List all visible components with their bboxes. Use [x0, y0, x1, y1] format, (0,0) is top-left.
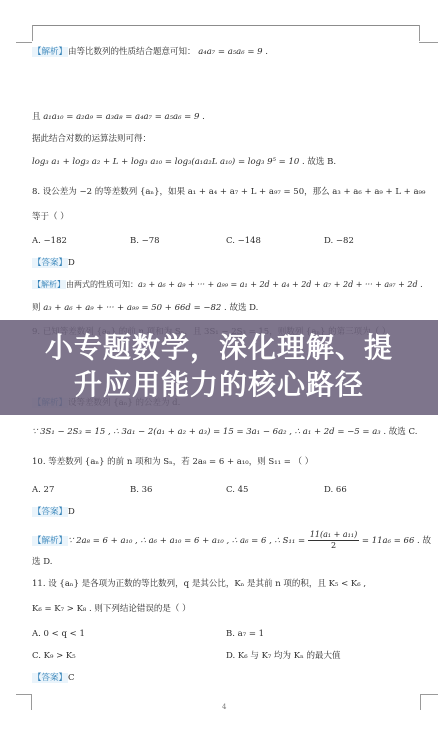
corner-mark-top-left-vertical — [32, 25, 33, 41]
answer-value: D — [68, 507, 75, 517]
q7-analysis-line-3: 据此结合对数的运算法则可得： — [32, 133, 151, 145]
answer-value: D — [68, 258, 75, 268]
math-expression: a₁a₁₀ = a₂a₉ = a₃a₈ = a₄a₇ = a₅a₆ = 9 . — [43, 112, 205, 122]
q8-analysis-line-2: 则 a₃ + a₆ + a₉ + ··· + a₉₉ = 50 + 66d = … — [32, 302, 258, 314]
q7-analysis-line-1: 【解析】由等比数列的性质结合题意可知： a₄a₇ = a₅a₆ = 9 . — [32, 46, 268, 58]
line-text: 故选 C. — [389, 427, 418, 437]
corner-mark-bottom-left-vertical — [31, 694, 32, 710]
q11-option-a: A. 0 < q < 1 — [32, 628, 85, 640]
line-text: 由两式的性质可知： — [66, 280, 138, 289]
q10-option-b: B. 36 — [130, 484, 152, 496]
corner-mark-bottom-right-vertical — [420, 694, 421, 710]
q11-answer: 【答案】C — [32, 672, 75, 684]
math-expression: log₃ a₁ + log₃ a₂ + L + log₃ a₁₀ = log₃(… — [32, 157, 305, 167]
line-text: 据此结合对数的运算法则可得： — [32, 134, 151, 144]
line-text: 故选 D. — [229, 303, 258, 313]
answer-tag: 【答案】 — [32, 507, 68, 517]
q8-analysis-line-1: 【解析】由两式的性质可知：a₃ + a₆ + a₉ + ··· + a₉₉ = … — [32, 279, 423, 291]
q11-stem-line-2: K₆ = K₇ > K₈ . 则下列结论错误的是（ ） — [32, 603, 191, 615]
question-text: K₆ = K₇ > K₈ . 则下列结论错误的是（ ） — [32, 604, 191, 614]
answer-value: C — [68, 673, 75, 683]
corner-mark-top-left — [16, 42, 32, 43]
q10-stem: 10. 等差数列 {aₙ} 的前 n 项和为 Sₙ，若 2a₈ = 6 + a₁… — [32, 456, 313, 468]
line-text: 故 — [422, 536, 431, 546]
q8-stem-line-2: 等于（ ） — [32, 211, 69, 223]
math-expression: a₄a₇ = a₅a₆ = 9 . — [198, 47, 268, 57]
q9-analysis-line-2: ∵ 3S₁ − 2S₃ = 15 , ∴ 3a₁ − 2(a₁ + a₂ + a… — [32, 426, 417, 438]
math-expression: ∵ 3S₁ − 2S₃ = 15 , ∴ 3a₁ − 2(a₁ + a₂ + a… — [32, 427, 386, 437]
q10-analysis-line-2: 选 D. — [32, 556, 52, 568]
analysis-tag: 【解析】 — [32, 280, 66, 289]
q11-option-c: C. K₉ > K₅ — [32, 650, 76, 662]
line-text: 且 — [32, 112, 41, 122]
q10-answer: 【答案】D — [32, 506, 75, 518]
answer-tag: 【答案】 — [32, 673, 68, 683]
q8-option-d: D. −82 — [324, 235, 354, 247]
page-number: 4 — [222, 703, 226, 711]
q10-option-a: A. 27 — [32, 484, 54, 496]
math-expression: ∵ 2a₈ = 6 + a₁₀ , ∴ a₆ + a₁₀ = 6 + a₁₀ ,… — [68, 536, 305, 546]
corner-mark-bottom-right — [420, 694, 438, 695]
corner-mark-bottom-left — [16, 694, 32, 695]
q10-option-d: D. 66 — [324, 484, 347, 496]
banner-title-line-1: 小专题数学，深化理解、提 — [0, 330, 438, 366]
line-text: 选 D. — [32, 557, 52, 567]
q11-stem-line-1: 11. 设 {aₙ} 是各项为正数的等比数列，q 是其公比，Kₙ 是其前 n 项… — [32, 578, 366, 590]
question-text: 等于（ ） — [32, 212, 69, 222]
q7-analysis-line-4: log₃ a₁ + log₃ a₂ + L + log₃ a₁₀ = log₃(… — [32, 156, 336, 168]
fraction-numerator: 11(a₁ + a₁₁) — [308, 530, 359, 541]
analysis-tag: 【解析】 — [32, 47, 68, 57]
q10-analysis-line-1: 【解析】∵ 2a₈ = 6 + a₁₀ , ∴ a₆ + a₁₀ = 6 + a… — [32, 530, 431, 551]
fraction-denominator: 2 — [308, 541, 359, 551]
question-text: 11. 设 {aₙ} 是各项为正数的等比数列，q 是其公比，Kₙ 是其前 n 项… — [32, 579, 366, 589]
q7-analysis-line-2: 且 a₁a₁₀ = a₂a₉ = a₃a₈ = a₄a₇ = a₅a₆ = 9 … — [32, 111, 205, 123]
q8-option-b: B. −78 — [130, 235, 160, 247]
q10-option-c: C. 45 — [226, 484, 248, 496]
corner-mark-top-right — [419, 42, 438, 43]
q11-option-b: B. a₇ = 1 — [226, 628, 264, 640]
analysis-tag: 【解析】 — [32, 536, 68, 546]
math-expression: a₃ + a₆ + a₉ + ··· + a₉₉ = a₁ + 2d + a₄ … — [138, 280, 423, 289]
corner-mark-top-right-vertical — [419, 25, 420, 41]
question-text: 10. 等差数列 {aₙ} 的前 n 项和为 Sₙ，若 2a₈ = 6 + a₁… — [32, 457, 313, 467]
q8-option-a: A. −182 — [32, 235, 67, 247]
math-expression: = 11a₆ = 66 . — [362, 536, 420, 546]
q11-option-d: D. K₆ 与 K₇ 均为 Kₙ 的最大值 — [226, 650, 340, 662]
answer-tag: 【答案】 — [32, 258, 68, 268]
line-text: 则 — [32, 303, 41, 313]
fraction: 11(a₁ + a₁₁)2 — [308, 530, 359, 551]
q8-answer: 【答案】D — [32, 257, 75, 269]
page-top-border — [32, 25, 420, 26]
q8-option-c: C. −148 — [226, 235, 261, 247]
line-text: 由等比数列的性质结合题意可知： — [68, 47, 196, 57]
line-text: 故选 B. — [307, 157, 336, 167]
banner-title-line-2: 升应用能力的核心路径 — [0, 367, 438, 403]
q8-stem-line-1: 8. 设公差为 −2 的等差数列 {aₙ}，如果 a₁ + a₄ + a₇ + … — [32, 186, 425, 198]
math-expression: a₃ + a₆ + a₉ + ··· + a₉₉ = 50 + 66d = −8… — [43, 303, 227, 313]
question-text: 8. 设公差为 −2 的等差数列 {aₙ}，如果 a₁ + a₄ + a₇ + … — [32, 187, 425, 197]
